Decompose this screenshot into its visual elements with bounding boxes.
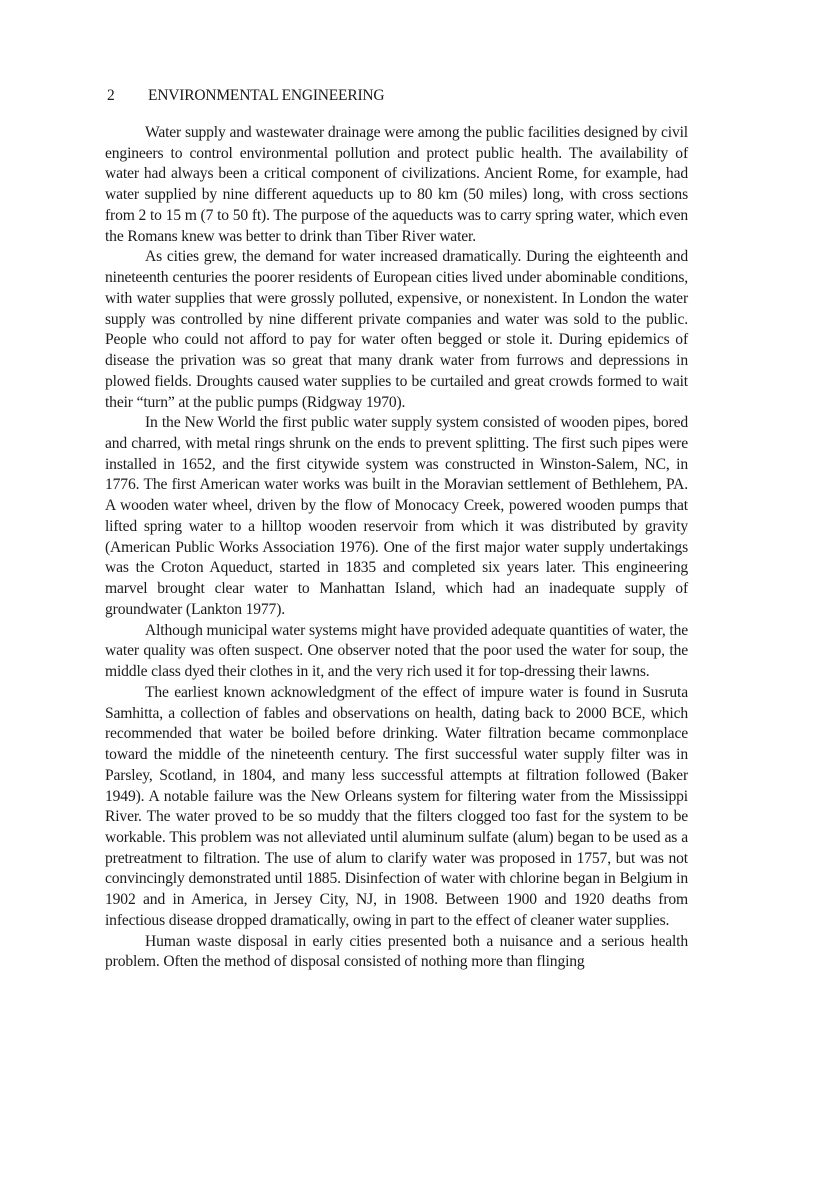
paragraph-human-waste: Human waste disposal in early cities pre… xyxy=(105,932,688,973)
paragraph-water-supply-history: Water supply and wastewater drainage wer… xyxy=(105,123,688,247)
page-number: 2 xyxy=(107,86,148,106)
body-text: Water supply and wastewater drainage wer… xyxy=(105,123,688,973)
running-head-title: ENVIRONMENTAL ENGINEERING xyxy=(148,87,384,104)
paragraph-new-world: In the New World the first public water … xyxy=(105,413,688,620)
running-head: 2ENVIRONMENTAL ENGINEERING xyxy=(107,86,384,106)
paragraph-european-cities: As cities grew, the demand for water inc… xyxy=(105,247,688,413)
document-page: 2ENVIRONMENTAL ENGINEERING Water supply … xyxy=(0,0,838,1185)
paragraph-water-quality: Although municipal water systems might h… xyxy=(105,621,688,683)
paragraph-filtration-disinfection: The earliest known acknowledgment of the… xyxy=(105,683,688,932)
